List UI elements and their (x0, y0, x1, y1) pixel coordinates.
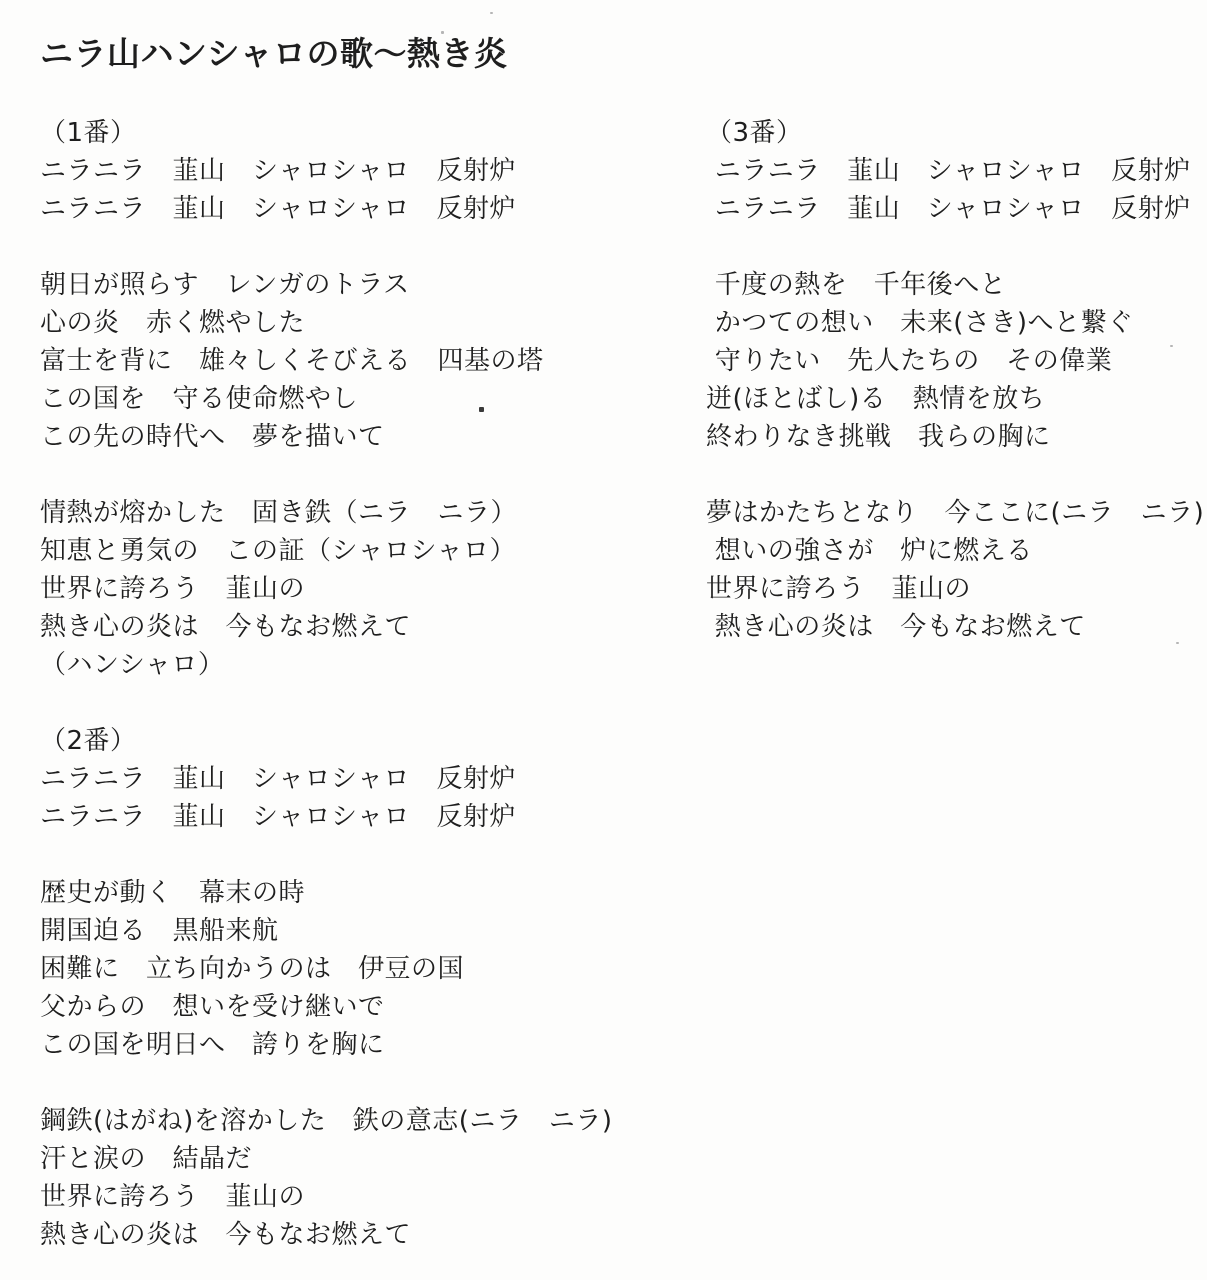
lyric-line: 千度の熱を 千年後へと (706, 266, 1204, 304)
scan-speck (441, 31, 444, 34)
lyric-line: （3番） (706, 114, 1204, 152)
lyric-line: 心の炎 赤く燃やした (40, 304, 613, 342)
page-title: ニラ山ハンシャロの歌～熱き炎 (40, 28, 508, 75)
lyric-line: （2番） (40, 722, 613, 760)
lyric-line: 世界に誇ろう 韮山の (40, 1178, 613, 1216)
lyric-line: 熱き心の炎は 今もなお燃えて (706, 608, 1204, 646)
lyric-line: 想いの強さが 炉に燃える (706, 532, 1204, 570)
lyric-line: 汗と涙の 結晶だ (40, 1140, 613, 1178)
lyric-line: ニラニラ 韮山 シャロシャロ 反射炉 (706, 190, 1204, 228)
scan-speck (479, 407, 484, 412)
scan-speck (1170, 345, 1173, 347)
scan-speck (490, 12, 493, 14)
lyric-line: ニラニラ 韮山 シャロシャロ 反射炉 (40, 798, 613, 836)
lyric-line: 守りたい 先人たちの その偉業 (706, 342, 1204, 380)
lyric-line (706, 456, 1204, 494)
lyric-line: 熱き心の炎は 今もなお燃えて (40, 608, 613, 646)
lyric-line: 困難に 立ち向かうのは 伊豆の国 (40, 950, 613, 988)
scan-speck (1176, 642, 1179, 644)
lyric-line: 情熱が熔かした 固き鉄（ニラ ニラ） (40, 494, 613, 532)
lyric-line: 知恵と勇気の この証（シャロシャロ） (40, 532, 613, 570)
lyric-line: この先の時代へ 夢を描いて (40, 418, 613, 456)
lyric-line: （ハンシャロ） (40, 646, 613, 684)
lyric-line: この国を 守る使命燃やし (40, 380, 613, 418)
lyric-line (40, 1064, 613, 1102)
lyric-line (706, 228, 1204, 266)
lyrics-column-right: （3番） ニラニラ 韮山 シャロシャロ 反射炉 ニラニラ 韮山 シャロシャロ 反… (706, 114, 1204, 646)
lyric-line: 迸(ほとばし)る 熱情を放ち (706, 380, 1204, 418)
lyric-line: 富士を背に 雄々しくそびえる 四基の塔 (40, 342, 613, 380)
lyric-line: 歴史が動く 幕末の時 (40, 874, 613, 912)
lyric-line: （1番） (40, 114, 613, 152)
lyric-line: この国を明日へ 誇りを胸に (40, 1026, 613, 1064)
lyric-line: 世界に誇ろう 韮山の (706, 570, 1204, 608)
lyric-line: 世界に誇ろう 韮山の (40, 570, 613, 608)
lyric-line: かつての想い 未来(さき)へと繋ぐ (706, 304, 1204, 342)
lyric-line: 鋼鉄(はがね)を溶かした 鉄の意志(ニラ ニラ) (40, 1102, 613, 1140)
lyric-line: ニラニラ 韮山 シャロシャロ 反射炉 (706, 152, 1204, 190)
lyric-line (40, 228, 613, 266)
lyric-line: 夢はかたちとなり 今ここに(ニラ ニラ) (706, 494, 1204, 532)
lyric-line: ニラニラ 韮山 シャロシャロ 反射炉 (40, 760, 613, 798)
lyric-line: 終わりなき挑戦 我らの胸に (706, 418, 1204, 456)
lyric-line: ニラニラ 韮山 シャロシャロ 反射炉 (40, 190, 613, 228)
lyric-line (40, 836, 613, 874)
lyric-line: 朝日が照らす レンガのトラス (40, 266, 613, 304)
lyric-line: 父からの 想いを受け継いで (40, 988, 613, 1026)
lyric-line: 開国迫る 黒船来航 (40, 912, 613, 950)
lyric-line: ニラニラ 韮山 シャロシャロ 反射炉 (40, 152, 613, 190)
lyric-line: 熱き心の炎は 今もなお燃えて (40, 1216, 613, 1254)
lyrics-column-left: （1番）ニラニラ 韮山 シャロシャロ 反射炉ニラニラ 韮山 シャロシャロ 反射炉… (40, 114, 613, 1254)
lyric-line (40, 684, 613, 722)
lyric-line (40, 456, 613, 494)
